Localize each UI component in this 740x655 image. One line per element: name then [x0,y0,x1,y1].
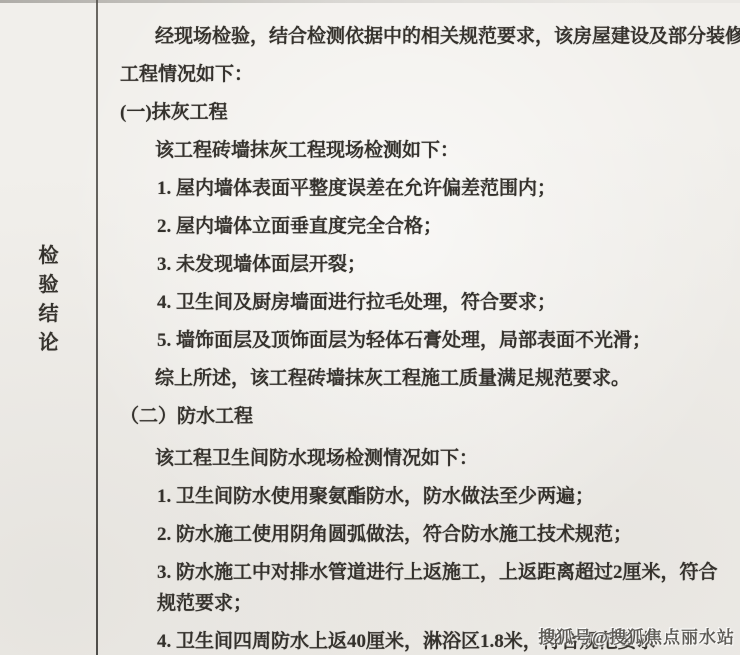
summary-line: 综上所述，该工程砖墙抹灰工程施工质量满足规范要求。 [99,360,740,398]
finding-item: 2. 防水施工使用阴角圆弧做法，符合防水施工技术规范； [99,516,740,554]
finding-item: 2. 屋内墙体立面垂直度完全合格； [99,208,740,246]
text-line: 工程情况如下： [99,56,740,94]
section-heading-plastering: (一)抹灰工程 [99,94,740,132]
text-line: 经现场检验，结合检测依据中的相关规范要求，该房屋建设及部分装修 [99,18,740,56]
text-line: 该工程卫生间防水现场检测情况如下： [99,440,740,478]
finding-item: 1. 屋内墙体表面平整度误差在允许偏差范围内； [99,170,740,208]
conclusion-text-cell: 经现场检验，结合检测依据中的相关规范要求，该房屋建设及部分装修 工程情况如下： … [99,0,740,655]
finding-item: 4. 卫生间及厨房墙面进行拉毛处理，符合要求； [99,284,740,322]
section-heading-waterproofing: （二）防水工程 [99,398,740,436]
finding-item: 3. 未发现墙体面层开裂； [99,246,740,284]
row-label-cell: 检验结论 [0,0,97,655]
table-vertical-rule [96,0,98,655]
row-label-inspection-conclusion: 检验结论 [38,242,59,358]
finding-item: 5. 墙饰面层及顶饰面层为轻体石膏处理，局部表面不光滑； [99,322,740,360]
finding-item: 1. 卫生间防水使用聚氨酯防水，防水做法至少两遍； [99,478,740,516]
sohu-watermark: 搜狐号@搜狐焦点丽水站 [538,623,735,648]
text-line: 该工程砖墙抹灰工程现场检测如下： [99,132,740,170]
inspection-report-row: 检验结论 经现场检验，结合检测依据中的相关规范要求，该房屋建设及部分装修 工程情… [0,0,740,655]
